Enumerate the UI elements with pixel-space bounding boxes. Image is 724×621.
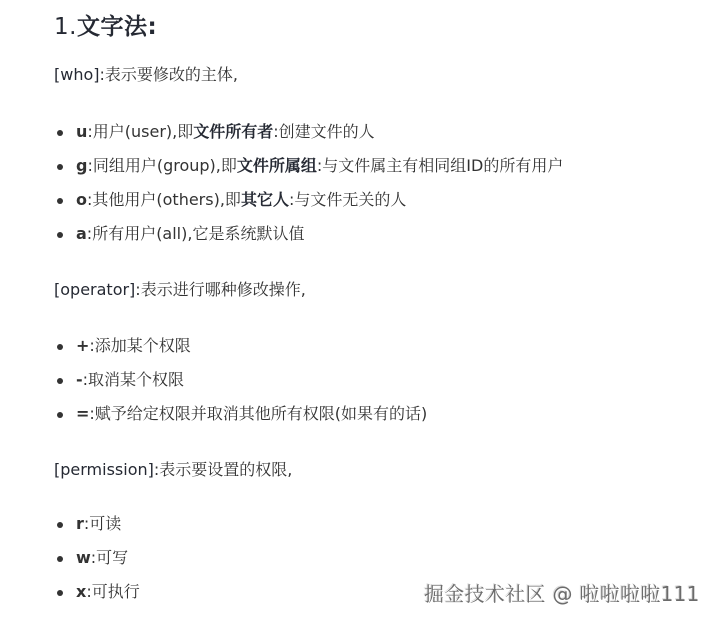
list-item-a: a:所有用户(all),它是系统默认值 [54, 223, 563, 257]
list-item-minus: -:取消某个权限 [54, 369, 427, 403]
permission-tag: [permission] [54, 460, 154, 479]
item-text: 用户(user),即 [93, 122, 193, 141]
operator-list: +:添加某个权限 -:取消某个权限 =:赋予给定权限并取消其他所有权限(如果有的… [54, 335, 427, 437]
item-text: 所有用户(all),它是系统默认值 [92, 224, 304, 243]
section-heading: 1.文字法: [54, 8, 157, 41]
bullet-icon [57, 556, 63, 562]
operator-description: [operator]:表示进行哪种修改操作, [54, 279, 306, 301]
who-list: u:用户(user),即文件所有者:创建文件的人 g:同组用户(group),即… [54, 121, 563, 257]
permission-text: :表示要设置的权限, [154, 460, 292, 479]
item-bold-text: 文件所属组 [237, 156, 317, 175]
item-text: 赋予给定权限并取消其他所有权限(如果有的话) [95, 404, 428, 423]
heading-number: 1. [54, 14, 77, 40]
bullet-icon [57, 522, 63, 528]
item-key: u [76, 122, 87, 141]
list-item-equals: =:赋予给定权限并取消其他所有权限(如果有的话) [54, 403, 427, 437]
item-bold-text: 其它人 [241, 190, 289, 209]
bullet-icon [57, 378, 63, 384]
item-key: r [76, 514, 84, 533]
list-item-x: x:可执行 [54, 581, 140, 615]
item-key: - [76, 370, 83, 389]
item-text: 其他用户(others),即 [92, 190, 241, 209]
item-key: o [76, 190, 87, 209]
who-description: [who]:表示要修改的主体, [54, 64, 238, 86]
list-item-o: o:其他用户(others),即其它人:与文件无关的人 [54, 189, 563, 223]
list-item-w: w:可写 [54, 547, 140, 581]
bullet-icon [57, 164, 63, 170]
item-text-after: :与文件属主有相同组ID的所有用户 [317, 156, 563, 175]
list-item-u: u:用户(user),即文件所有者:创建文件的人 [54, 121, 563, 155]
bullet-icon [57, 344, 63, 350]
bullet-icon [57, 412, 63, 418]
item-key: + [76, 336, 89, 355]
permission-list: r:可读 w:可写 x:可执行 [54, 513, 140, 615]
list-item-r: r:可读 [54, 513, 140, 547]
bullet-icon [57, 590, 63, 596]
item-text-after: :创建文件的人 [273, 122, 374, 141]
bullet-icon [57, 198, 63, 204]
who-tag: [who] [54, 65, 100, 84]
item-text: 可执行 [92, 582, 140, 601]
item-key: w [76, 548, 91, 567]
item-text: 同组用户(group),即 [93, 156, 237, 175]
item-text-after: :与文件无关的人 [289, 190, 406, 209]
watermark: 掘金技术社区 @ 啦啦啦啦111 [424, 578, 700, 607]
item-key: x [76, 582, 86, 601]
bullet-icon [57, 232, 63, 238]
item-key: a [76, 224, 87, 243]
heading-title: 文字法: [77, 14, 157, 40]
list-item-plus: +:添加某个权限 [54, 335, 427, 369]
item-key: = [76, 404, 89, 423]
item-bold-text: 文件所有者 [193, 122, 273, 141]
operator-text: :表示进行哪种修改操作, [135, 280, 305, 299]
item-text: 取消某个权限 [88, 370, 184, 389]
permission-description: [permission]:表示要设置的权限, [54, 459, 292, 481]
item-key: g [76, 156, 87, 175]
item-text: 可写 [96, 548, 128, 567]
operator-tag: [operator] [54, 280, 135, 299]
item-text: 可读 [89, 514, 121, 533]
bullet-icon [57, 130, 63, 136]
item-text: 添加某个权限 [95, 336, 191, 355]
who-text: :表示要修改的主体, [100, 65, 238, 84]
list-item-g: g:同组用户(group),即文件所属组:与文件属主有相同组ID的所有用户 [54, 155, 563, 189]
